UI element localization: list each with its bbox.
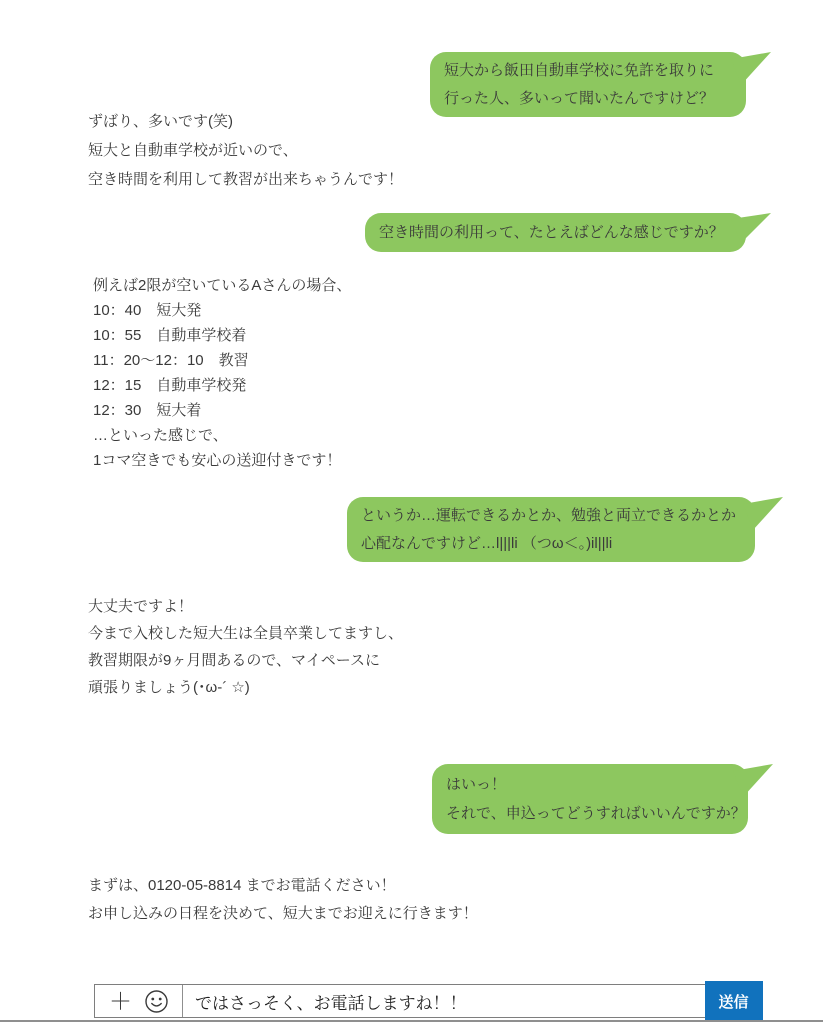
message-line: 例えば2限が空いているAさんの場合、 bbox=[93, 273, 351, 298]
chat-message-answer-2: 例えば2限が空いているAさんの場合、 10：40 短大発 10：55 自動車学校… bbox=[93, 273, 351, 473]
schedule-line: 11：20～12：10 教習 bbox=[93, 348, 351, 373]
schedule-line: 10：40 短大発 bbox=[93, 298, 351, 323]
schedule-line: 10：55 自動車学校着 bbox=[93, 323, 351, 348]
message-line: 空き時間の利用って、たとえばどんな感じですか？ bbox=[379, 219, 732, 247]
message-line: お申し込みの日程を決めて、短大までお迎えに行きます！ bbox=[88, 900, 478, 928]
message-line: それで、申込ってどうすればいいんですか？ bbox=[446, 799, 734, 828]
message-line: まずは、0120-05-8814 までお電話ください！ bbox=[88, 872, 478, 900]
schedule-line: 12：15 自動車学校発 bbox=[93, 373, 351, 398]
message-line: 心配なんですけど…l|||li （つω＜。)il||li bbox=[361, 530, 741, 558]
message-line: 頑張りましょう(･ω-´ ☆) bbox=[88, 674, 403, 701]
message-line: というか…運転できるかとか、勉強と両立できるかとか bbox=[361, 502, 741, 530]
schedule-line: 12：30 短大着 bbox=[93, 398, 351, 423]
message-line: 行った人、多いって聞いたんですけど？ bbox=[444, 85, 732, 113]
page-bottom-divider bbox=[0, 1020, 823, 1022]
add-attachment-icon[interactable]: ＋ bbox=[109, 990, 132, 1013]
message-line: 大丈夫ですよ！ bbox=[88, 593, 403, 620]
chat-message-answer-4: まずは、0120-05-8814 までお電話ください！ お申し込みの日程を決めて… bbox=[88, 872, 478, 928]
message-line: 短大と自動車学校が近いので、 bbox=[88, 136, 403, 165]
chat-bubble-question-1: 短大から飯田自動車学校に免許を取りに 行った人、多いって聞いたんですけど？ bbox=[430, 52, 746, 117]
chat-message-answer-3: 大丈夫ですよ！ 今まで入校した短大生は全員卒業してますし、 教習期限が9ヶ月間あ… bbox=[88, 593, 403, 701]
bubble-tail-icon bbox=[733, 764, 775, 798]
message-line: 短大から飯田自動車学校に免許を取りに bbox=[444, 57, 732, 85]
chat-message-answer-1: ずばり、多いです(笑) 短大と自動車学校が近いので、 空き時間を利用して教習が出… bbox=[88, 107, 403, 194]
chat-bubble-question-4: はいっ！ それで、申込ってどうすればいいんですか？ bbox=[432, 764, 748, 834]
send-button[interactable]: 送信 bbox=[705, 981, 763, 1021]
message-line: はいっ！ bbox=[446, 770, 734, 799]
message-composer: ＋ ではさっそく、お電話しますね！！ 送信 bbox=[94, 984, 762, 1018]
message-line: 1コマ空きでも安心の送迎付きです！ bbox=[93, 448, 351, 473]
message-line: …といった感じで、 bbox=[93, 423, 351, 448]
chat-bubble-question-3: というか…運転できるかとか、勉強と両立できるかとか 心配なんですけど…l|||l… bbox=[347, 497, 755, 562]
bubble-tail-icon bbox=[731, 213, 773, 247]
message-line: 今まで入校した短大生は全員卒業してますし、 bbox=[88, 620, 403, 647]
chat-bubble-question-2: 空き時間の利用って、たとえばどんな感じですか？ bbox=[365, 213, 746, 252]
bubble-tail-icon bbox=[731, 52, 773, 86]
message-input[interactable]: ではさっそく、お電話しますね！！ bbox=[183, 989, 761, 1014]
message-line: 空き時間を利用して教習が出来ちゃうんです！ bbox=[88, 165, 403, 194]
chat-page: 短大から飯田自動車学校に免許を取りに 行った人、多いって聞いたんですけど？ ずば… bbox=[0, 0, 823, 1024]
message-line: 教習期限が9ヶ月間あるので、マイペースに bbox=[88, 647, 403, 674]
message-line: ずばり、多いです(笑) bbox=[88, 107, 403, 136]
emoji-icon[interactable] bbox=[144, 989, 169, 1014]
bubble-tail-icon bbox=[743, 497, 785, 531]
